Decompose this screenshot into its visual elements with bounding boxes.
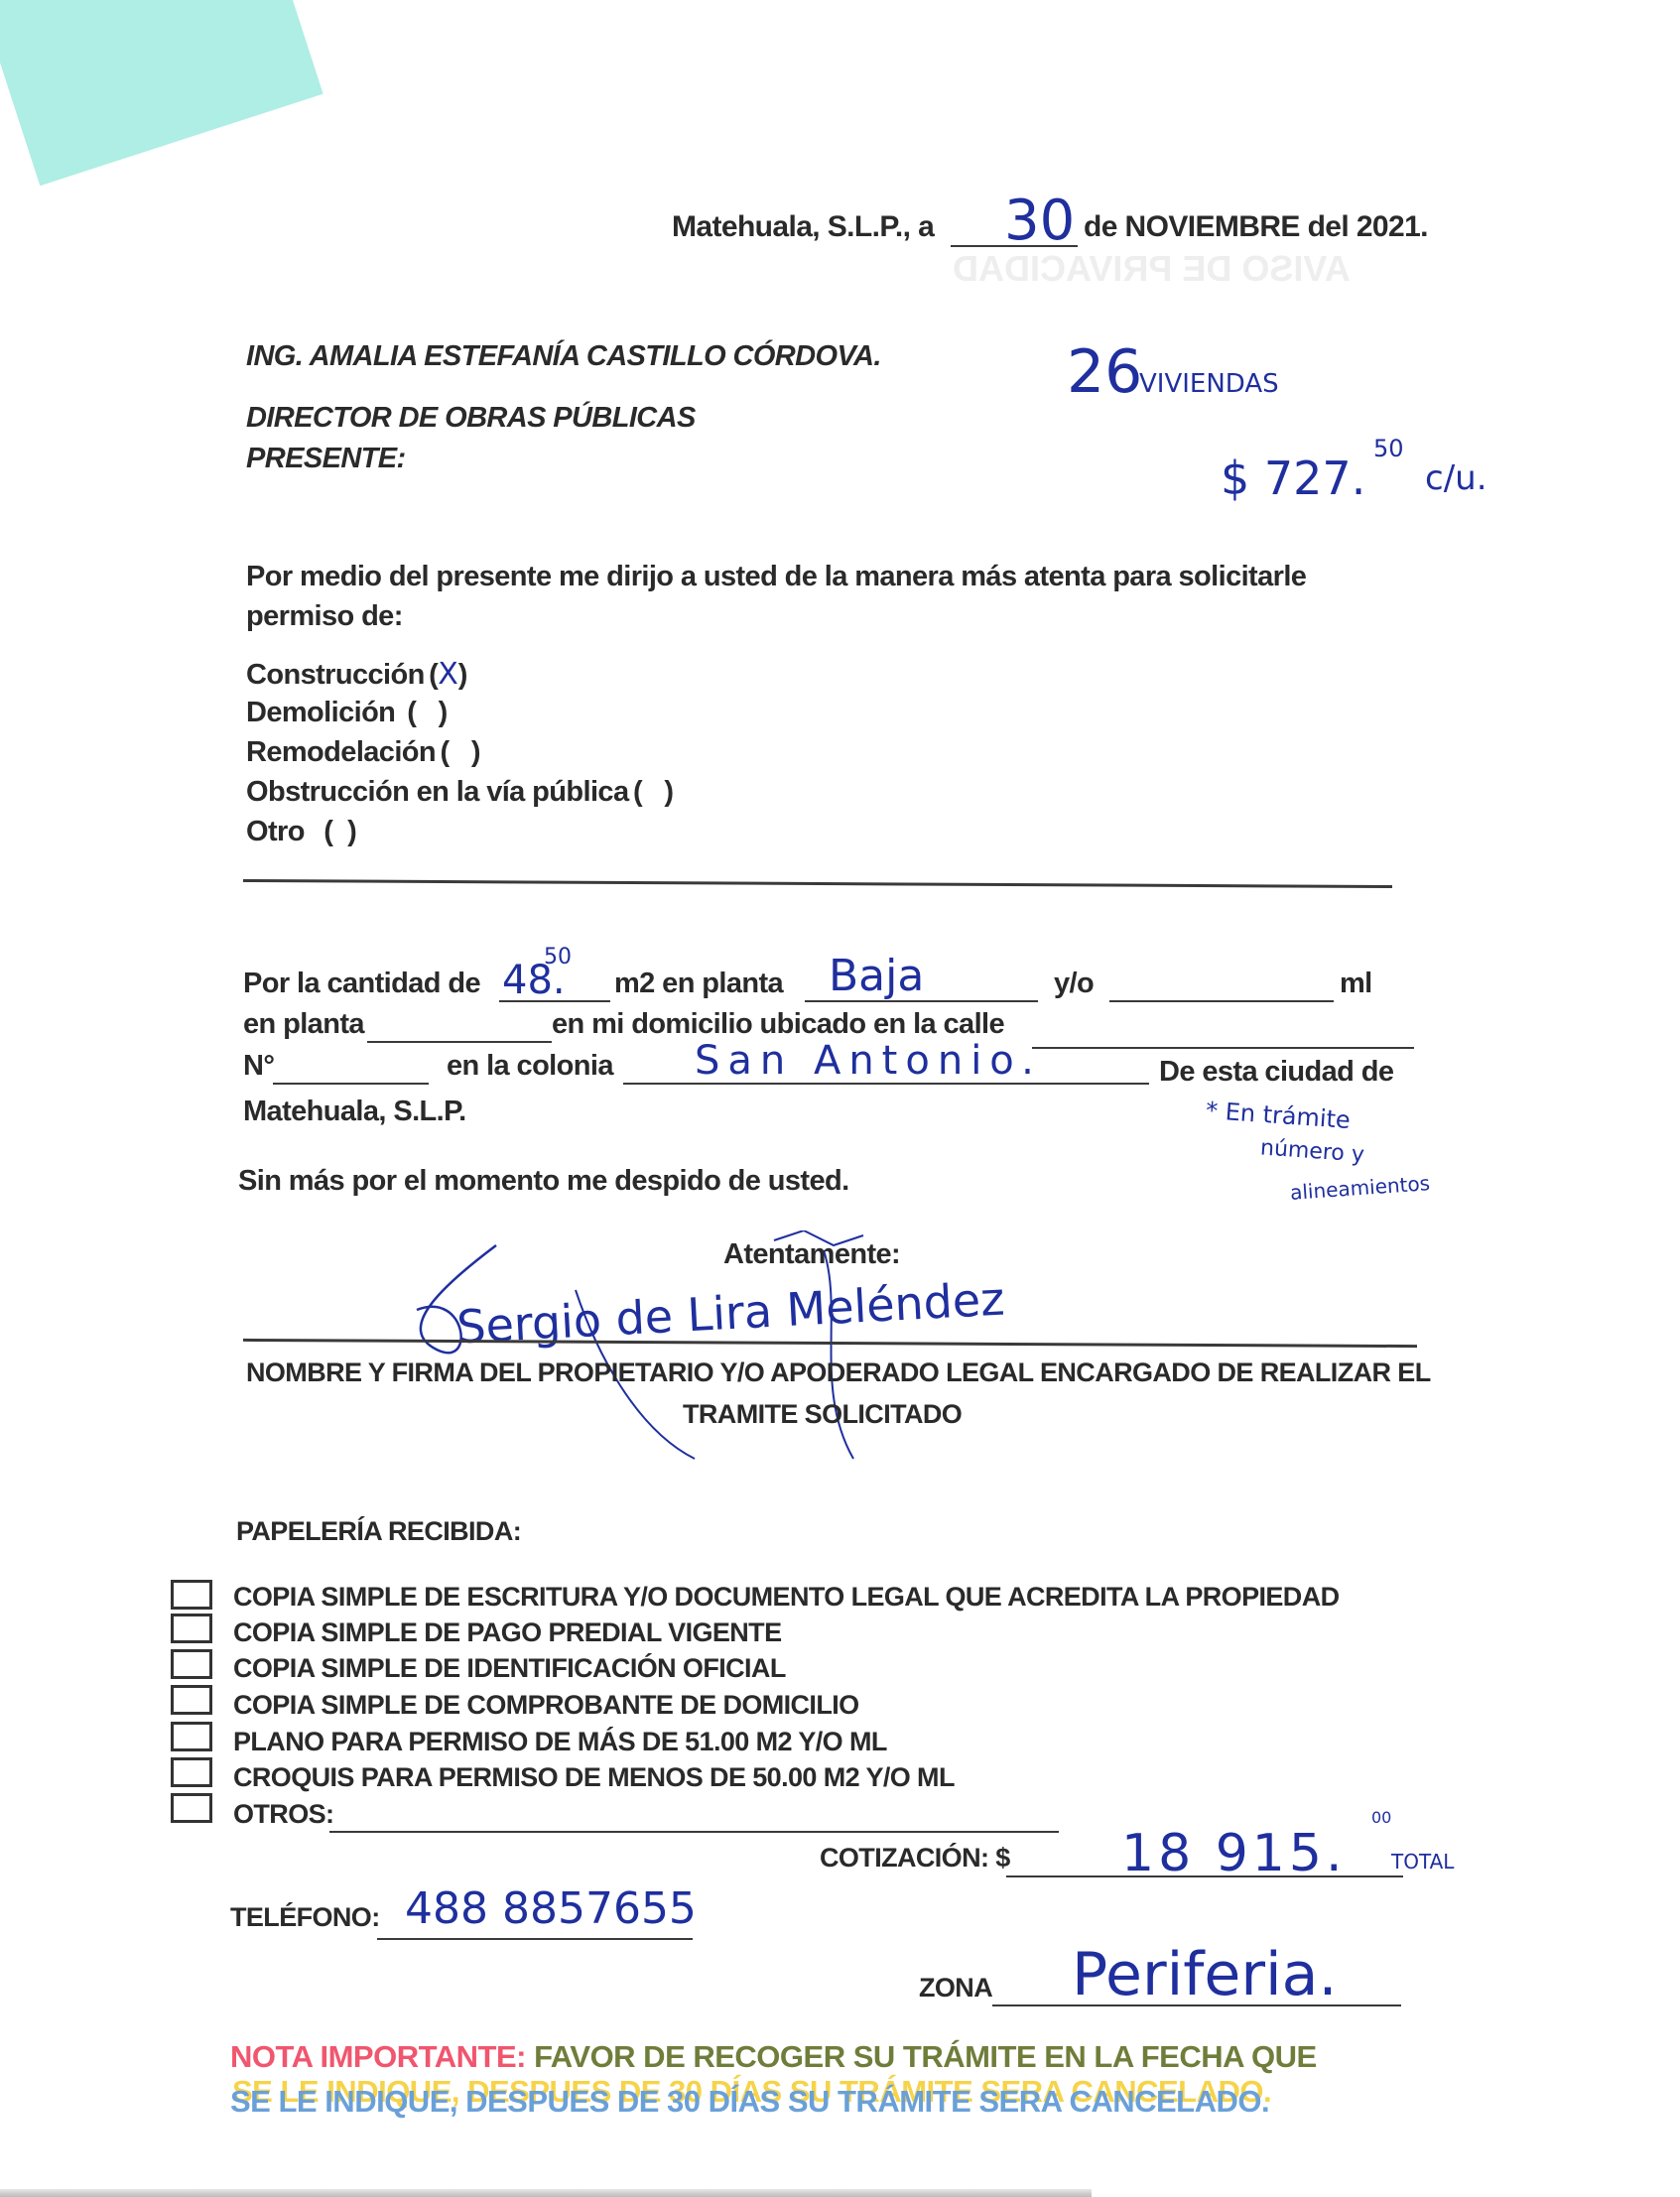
unit-price-suffix: c/u.: [1425, 458, 1487, 498]
intro-line-2: permiso de:: [246, 600, 403, 633]
paperwork-checkbox[interactable]: [171, 1793, 212, 1823]
calle-line[interactable]: [1032, 1047, 1414, 1049]
signature-caption-2: TRAMITE SOLICITADO: [683, 1399, 962, 1430]
otros-line[interactable]: [329, 1831, 1059, 1833]
paperwork-item: COPIA SIMPLE DE PAGO PREDIAL VIGENTE: [233, 1617, 781, 1648]
note-prefix: NOTA IMPORTANTE:: [230, 2039, 526, 2074]
sticky-tab: 915: [0, 0, 323, 186]
paperwork-checkbox[interactable]: [171, 1649, 212, 1679]
quote-cents: 00: [1371, 1808, 1391, 1827]
tramite-note-1: * En trámite: [1205, 1097, 1351, 1134]
permit-label: Demolición: [246, 697, 395, 728]
recipient-greeting: PRESENTE:: [246, 443, 406, 475]
date-suffix: de NOVIEMBRE del 2021.: [1084, 210, 1428, 244]
paperwork-checkbox[interactable]: [171, 1580, 212, 1610]
note-line-1: NOTA IMPORTANTE: FAVOR DE RECOGER SU TRÁ…: [230, 2039, 1317, 2075]
paperwork-title: PAPELERÍA RECIBIDA:: [236, 1516, 521, 1547]
permit-construccion[interactable]: Construcción (X): [246, 657, 467, 692]
recipient-name: ING. AMALIA ESTEFANÍA CASTILLO CÓRDOVA.: [246, 340, 881, 373]
yo-label: y/o: [1054, 968, 1094, 1000]
zone-label: ZONA: [919, 1973, 992, 2003]
paperwork-checkbox[interactable]: [171, 1722, 212, 1751]
quantity-label: Por la cantidad de: [243, 968, 480, 1000]
otro-line[interactable]: [243, 879, 1392, 888]
permit-mark: X: [438, 657, 458, 692]
paperwork-item: COPIA SIMPLE DE ESCRITURA Y/O DOCUMENTO …: [233, 1582, 1340, 1613]
paperwork-item: CROQUIS PARA PERMISO DE MENOS DE 50.00 M…: [233, 1762, 955, 1793]
paperwork-checkbox[interactable]: [171, 1685, 212, 1715]
signature-caption-1: NOMBRE Y FIRMA DEL PROPIETARIO Y/O APODE…: [246, 1357, 1431, 1388]
ml-label: ml: [1340, 968, 1372, 1000]
note-line-2: SE LE INDIQUE, DESPUES DE 30 DÍAS SU TRÁ…: [230, 2084, 1269, 2120]
units-count: 26: [1067, 337, 1142, 407]
numero-line[interactable]: [273, 1083, 429, 1085]
quantity-cents: 50: [544, 945, 572, 969]
permit-remodelacion[interactable]: Remodelación ( ): [246, 736, 480, 769]
permit-obstruccion[interactable]: Obstrucción en la vía pública ( ): [246, 776, 673, 809]
phone-label: TELÉFONO:: [230, 1902, 380, 1933]
permit-label: Obstrucción en la vía pública: [246, 776, 629, 808]
colonia-label: en la colonia: [447, 1050, 613, 1083]
page-edge: [0, 2189, 1092, 2197]
en-planta-label: en planta: [243, 1008, 364, 1041]
m2-label: m2 en planta: [614, 968, 783, 1000]
units-label: VIVIENDAS: [1139, 369, 1279, 399]
paperwork-item: COPIA SIMPLE DE IDENTIFICACIÓN OFICIAL: [233, 1653, 786, 1684]
unit-price-cents: 50: [1373, 435, 1404, 462]
ghost-heading: AVISO DE PRIVACIDAD: [953, 248, 1351, 290]
tramite-note-2: número y: [1259, 1135, 1364, 1167]
sticky-tab-text: 915: [15, 0, 88, 1]
intro-line-1: Por medio del presente me dirijo a usted…: [246, 561, 1306, 593]
unit-price: $ 727.: [1221, 452, 1365, 505]
ciudad-line-2: Matehuala, S.L.P.: [243, 1096, 466, 1128]
zone-field[interactable]: Periferia.: [1072, 1940, 1338, 2009]
colonia-field[interactable]: San Antonio.: [695, 1038, 1042, 1084]
phone-field[interactable]: 488 8857655: [405, 1883, 697, 1934]
farewell: Sin más por el momento me despido de ust…: [238, 1165, 849, 1198]
paperwork-checkbox[interactable]: [171, 1614, 212, 1643]
permit-label: Remodelación: [246, 736, 436, 768]
domicilio-label: en mi domicilio ubicado en la calle: [552, 1008, 1004, 1041]
permit-demolicion[interactable]: Demolición ( ): [246, 697, 448, 729]
paperwork-item: PLANO PARA PERMISO DE MÁS DE 51.00 M2 Y/…: [233, 1727, 887, 1757]
paperwork-checkbox[interactable]: [171, 1757, 212, 1787]
permit-label: Construcción: [246, 659, 425, 691]
note-text-1: FAVOR DE RECOGER SU TRÁMITE EN LA FECHA …: [534, 2039, 1317, 2074]
quote-label: COTIZACIÓN: $: [820, 1843, 1010, 1874]
ml-line[interactable]: [1109, 1000, 1334, 1002]
paperwork-item: OTROS:: [233, 1799, 333, 1830]
planta-field[interactable]: Baja: [829, 951, 924, 1001]
tramite-note-3: alineamientos: [1289, 1171, 1430, 1205]
ciudad-label: De esta ciudad de: [1159, 1056, 1393, 1089]
quote-field[interactable]: 18 915.: [1121, 1824, 1346, 1883]
numero-label: N°: [243, 1050, 274, 1083]
recipient-title: DIRECTOR DE OBRAS PÚBLICAS: [246, 402, 696, 435]
day-field[interactable]: 30: [1004, 189, 1075, 253]
permit-otro[interactable]: Otro ( ): [246, 816, 356, 848]
phone-line: [377, 1938, 693, 1940]
en-planta-line[interactable]: [367, 1041, 552, 1043]
paperwork-item: COPIA SIMPLE DE COMPROBANTE DE DOMICILIO: [233, 1690, 859, 1721]
place-date-prefix: Matehuala, S.L.P., a: [672, 210, 934, 244]
quote-suffix: TOTAL: [1391, 1850, 1454, 1874]
permit-label: Otro: [246, 816, 305, 847]
